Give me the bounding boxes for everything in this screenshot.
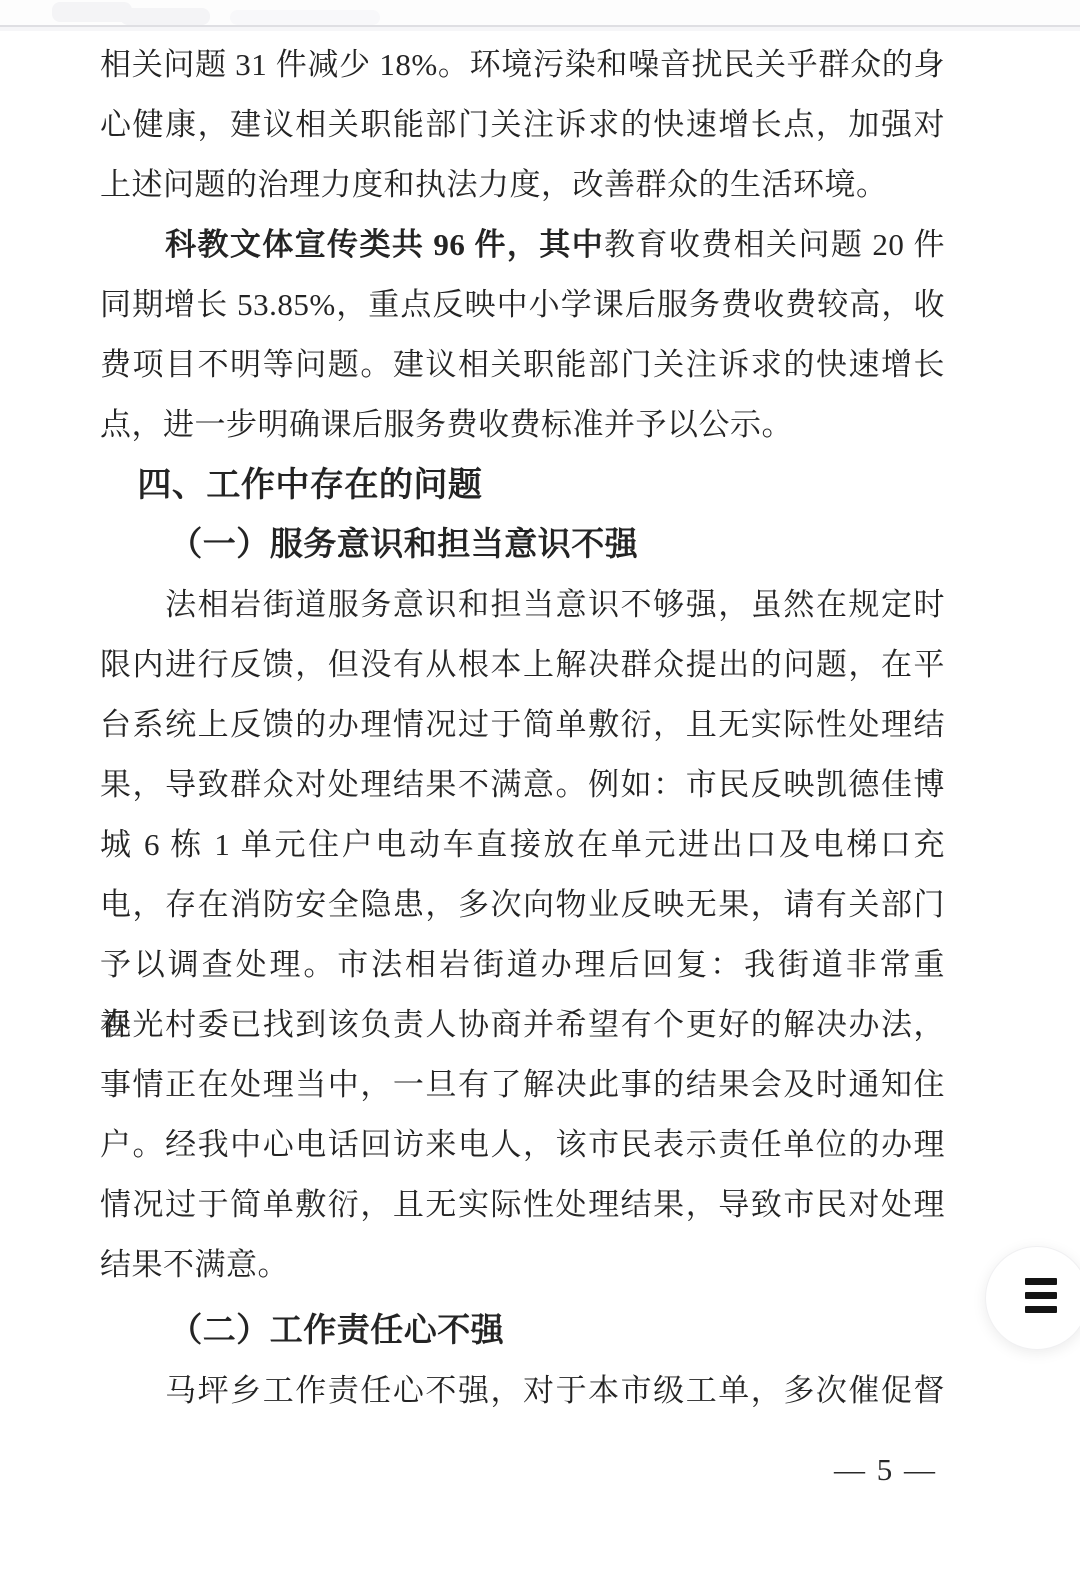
section-heading: 四、工作中存在的问题 <box>100 455 945 515</box>
text-segment: 教育收费相关问题 20 件 <box>604 227 945 262</box>
p4-line1: 马坪乡工作责任心不强，对于本市级工单，多次催促督 <box>100 1361 945 1421</box>
p2-line1: 科教文体宣传类共 96 件，其中教育收费相关问题 20 件 <box>100 215 945 275</box>
p3-line12: 结果不满意。 <box>100 1235 945 1295</box>
text-segment: 心健康，建议相关职能部门关注诉求的快速增长点，加强对 <box>100 107 945 142</box>
p1-line2: 心健康，建议相关职能部门关注诉求的快速增长点，加强对 <box>100 95 945 155</box>
text-segment: （一）服务意识和担当意识不强 <box>169 527 638 563</box>
document-viewer-screen: { "colors": { "page_bg": "#ffffff", "tex… <box>0 0 1080 1571</box>
p3-line7: 予以调查处理。市法相岩街道办理后回复：我街道非常重视， <box>100 935 945 995</box>
page-number: — 5 — <box>834 1448 937 1492</box>
p3-line6: 电，存在消防安全隐患，多次向物业反映无果，请有关部门 <box>100 875 945 935</box>
p3-line2: 限内进行反馈，但没有从根本上解决群众提出的问题，在平 <box>100 635 945 695</box>
text-segment: 上述问题的治理力度和执法力度，改善群众的生活环境。 <box>100 167 888 202</box>
p2-line2: 同期增长 53.85%，重点反映中小学课后服务费收费较高，收 <box>100 275 945 335</box>
text-segment: 点，进一步明确课后服务费收费标准并予以公示。 <box>100 407 793 442</box>
text-segment: 台系统上反馈的办理情况过于简单敷衍，且无实际性处理结 <box>100 707 945 742</box>
hamburger-bar <box>1025 1292 1057 1299</box>
subsection-heading-1: （一）服务意识和担当意识不强 <box>100 515 945 575</box>
text-segment: 城 6 栋 1 单元住户电动车直接放在单元进出口及电梯口充 <box>100 827 945 862</box>
page-divider <box>0 25 1080 27</box>
text-segment: 费项目不明等问题。建议相关职能部门关注诉求的快速增长 <box>100 347 945 382</box>
p3-line1: 法相岩街道服务意识和担当意识不够强，虽然在规定时 <box>100 575 945 635</box>
p3-line10: 户。经我中心电话回访来电人，该市民表示责任单位的办理 <box>100 1115 945 1175</box>
text-segment: 马坪乡工作责任心不强，对于本市级工单，多次催促督 <box>165 1373 945 1408</box>
p2-line4: 点，进一步明确课后服务费收费标准并予以公示。 <box>100 395 945 455</box>
previous-page-text-remnant <box>120 8 210 25</box>
p3-line4: 果，导致群众对处理结果不满意。例如：市民反映凯德佳博 <box>100 755 945 815</box>
previous-page-text-remnant <box>230 10 380 25</box>
text-segment: 四、工作中存在的问题 <box>137 466 482 504</box>
text-segment: 事情正在处理当中，一旦有了解决此事的结果会及时通知住 <box>100 1067 945 1102</box>
p2-line3: 费项目不明等问题。建议相关职能部门关注诉求的快速增长 <box>100 335 945 395</box>
p3-line11: 情况过于简单敷衍，且无实际性处理结果，导致市民对处理 <box>100 1175 945 1235</box>
p3-line3: 台系统上反馈的办理情况过于简单敷衍，且无实际性处理结 <box>100 695 945 755</box>
previous-page-edge <box>0 0 1080 25</box>
p1-line1: 相关问题 31 件减少 18%。环境污染和噪音扰民关乎群众的身 <box>100 35 945 95</box>
text-segment: 结果不满意。 <box>100 1247 289 1282</box>
text-segment: 限内进行反馈，但没有从根本上解决群众提出的问题，在平 <box>100 647 945 682</box>
text-segment: 电，存在消防安全隐患，多次向物业反映无果，请有关部门 <box>100 887 945 922</box>
text-segment: 春光村委已找到该负责人协商并希望有个更好的解决办法， <box>100 1007 945 1042</box>
text-segment: 同期增长 53.85%，重点反映中小学课后服务费收费较高，收 <box>100 287 945 322</box>
text-segment: 户。经我中心电话回访来电人，该市民表示责任单位的办理 <box>100 1127 945 1162</box>
text-segment: 情况过于简单敷衍，且无实际性处理结果，导致市民对处理 <box>100 1187 945 1222</box>
text-segment: 相关问题 31 件减少 18%。环境污染和噪音扰民关乎群众的身 <box>100 47 945 82</box>
p3-line9: 事情正在处理当中，一旦有了解决此事的结果会及时通知住 <box>100 1055 945 1115</box>
p3-line8: 春光村委已找到该负责人协商并希望有个更好的解决办法， <box>100 995 945 1055</box>
hamburger-menu-icon <box>1025 1278 1057 1313</box>
text-segment: 果，导致群众对处理结果不满意。例如：市民反映凯德佳博 <box>100 767 945 802</box>
hamburger-bar <box>1025 1306 1057 1313</box>
document-lines: 相关问题 31 件减少 18%。环境污染和噪音扰民关乎群众的身心健康，建议相关职… <box>100 35 945 1421</box>
text-segment: （二）工作责任心不强 <box>169 1313 504 1349</box>
text-segment: 科教文体宣传类共 96 件，其中 <box>165 227 604 262</box>
text-segment: 法相岩街道服务意识和担当意识不够强，虽然在规定时 <box>165 587 945 622</box>
p3-line5: 城 6 栋 1 单元住户电动车直接放在单元进出口及电梯口充 <box>100 815 945 875</box>
subsection-heading-2: （二）工作责任心不强 <box>100 1301 945 1361</box>
p1-line3: 上述问题的治理力度和执法力度，改善群众的生活环境。 <box>100 155 945 215</box>
menu-fab-button[interactable] <box>985 1246 1080 1350</box>
hamburger-bar <box>1025 1278 1057 1285</box>
